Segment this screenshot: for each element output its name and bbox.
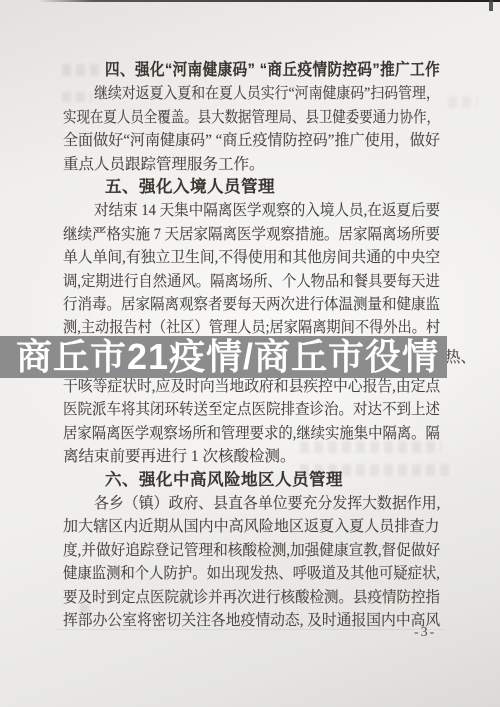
text-line: 行消毒。居家隔离观察者要每天两次进行体温测量和健康监 <box>63 293 440 316</box>
text-line: 加大辖区内近期从国内中高风险地区返夏入夏人员排查力 <box>63 515 440 538</box>
text-line: 对结束 14 天集中隔离医学观察的入境人员,在返夏后要 <box>63 199 440 222</box>
scanned-document-page: 四、强化“河南健康码” “商丘疫情防控码”推广工作继续对返夏入夏和在夏人员实行“… <box>0 0 500 707</box>
line-text: 要及时到定点医院就诊并再次进行核酸检测。县疫情防控指 <box>63 586 440 609</box>
text-line: 单人单间,有独立卫生间,不得使用和其他房间共通的中央空 <box>63 246 440 269</box>
text-line: 各乡（镇）政府、县直各单位要充分发挥大数据作用, <box>63 492 440 515</box>
line-text: 医院派车将其闭环转送至定点医院排查诊治。对达不到上述 <box>63 398 440 421</box>
line-text: 对结束 14 天集中隔离医学观察的入境人员,在返夏后要 <box>94 199 440 222</box>
text-line: 继续对返夏入夏和在夏人员实行“河南健康码”扫码管理， <box>63 82 440 105</box>
line-text: 单人单间,有独立卫生间,不得使用和其他房间共通的中央空 <box>63 246 440 269</box>
text-line: 居家隔离医学观察场所和管理要求的,继续实施集中隔离。隔 <box>63 422 440 445</box>
line-text: 调,定期进行自然通风。隔离场所、个人物品和餐具要每天进 <box>63 270 440 293</box>
scan-corner-mark <box>489 0 493 11</box>
text-line: 实现在夏人员全覆盖。县大数据管理局、县卫健委要通力协作， <box>63 106 440 129</box>
line-text: 五、强化入境人员管理 <box>105 176 275 199</box>
line-text: 居家隔离医学观察场所和管理要求的,继续实施集中隔离。隔 <box>63 422 440 445</box>
text-line: 调,定期进行自然通风。隔离场所、个人物品和餐具要每天进 <box>63 270 440 293</box>
line-text: 继续对返夏入夏和在夏人员实行“河南健康码”扫码管理， <box>94 82 440 105</box>
line-text: 健康监测和个人防护。如出现发热、呼吸道及其他可疑症状, <box>63 562 440 585</box>
text-line: 全面做好“河南健康码” “商丘疫情防控码”推广使用，做好 <box>63 129 440 152</box>
text-line: 离结束前要再进行 1 次核酸检测。 <box>63 445 440 468</box>
page-number: -3- <box>414 625 448 641</box>
text-line: 要及时到定点医院就诊并再次进行核酸检测。县疫情防控指 <box>63 586 440 609</box>
section-heading: 五、强化入境人员管理 <box>63 176 440 199</box>
line-text: 六、强化中高风险地区人员管理 <box>105 469 343 492</box>
watermark-caption: 商丘市21疫情/商丘市役情 <box>16 334 476 380</box>
section-heading: 六、强化中高风险地区人员管理 <box>63 469 440 492</box>
text-line: 医院派车将其闭环转送至定点医院排查诊治。对达不到上述 <box>63 398 440 421</box>
line-text: 全面做好“河南健康码” “商丘疫情防控码”推广使用，做好 <box>63 129 440 152</box>
line-text: 实现在夏人员全覆盖。县大数据管理局、县卫健委要通力协作， <box>63 106 440 129</box>
section-heading: 四、强化“河南健康码” “商丘疫情防控码”推广工作 <box>63 59 440 82</box>
line-text: 行消毒。居家隔离观察者要每天两次进行体温测量和健康监 <box>63 293 440 316</box>
text-line: 继续严格实施 7 天居家隔离医学观察措施。居家隔离场所要 <box>63 223 440 246</box>
line-text: 重点人员跟踪管理服务工作。 <box>63 153 265 176</box>
footer-divider-line <box>55 629 445 630</box>
scan-edge-line <box>38 0 500 2</box>
text-line: 健康监测和个人防护。如出现发热、呼吸道及其他可疑症状, <box>63 562 440 585</box>
line-text: 继续严格实施 7 天居家隔离医学观察措施。居家隔离场所要 <box>63 223 440 246</box>
line-text: 离结束前要再进行 1 次核酸检测。 <box>63 445 296 468</box>
line-text: 各乡（镇）政府、县直各单位要充分发挥大数据作用, <box>94 492 440 515</box>
line-text: 四、强化“河南健康码” “商丘疫情防控码”推广工作 <box>105 59 440 82</box>
text-line: 度,并做好追踪登记管理和核酸检测,加强健康宣教,督促做好 <box>63 539 440 562</box>
line-text: 度,并做好追踪登记管理和核酸检测,加强健康宣教,督促做好 <box>63 539 440 562</box>
text-line: 重点人员跟踪管理服务工作。 <box>63 153 440 176</box>
line-text: 加大辖区内近期从国内中高风险地区返夏入夏人员排查力 <box>63 515 440 538</box>
